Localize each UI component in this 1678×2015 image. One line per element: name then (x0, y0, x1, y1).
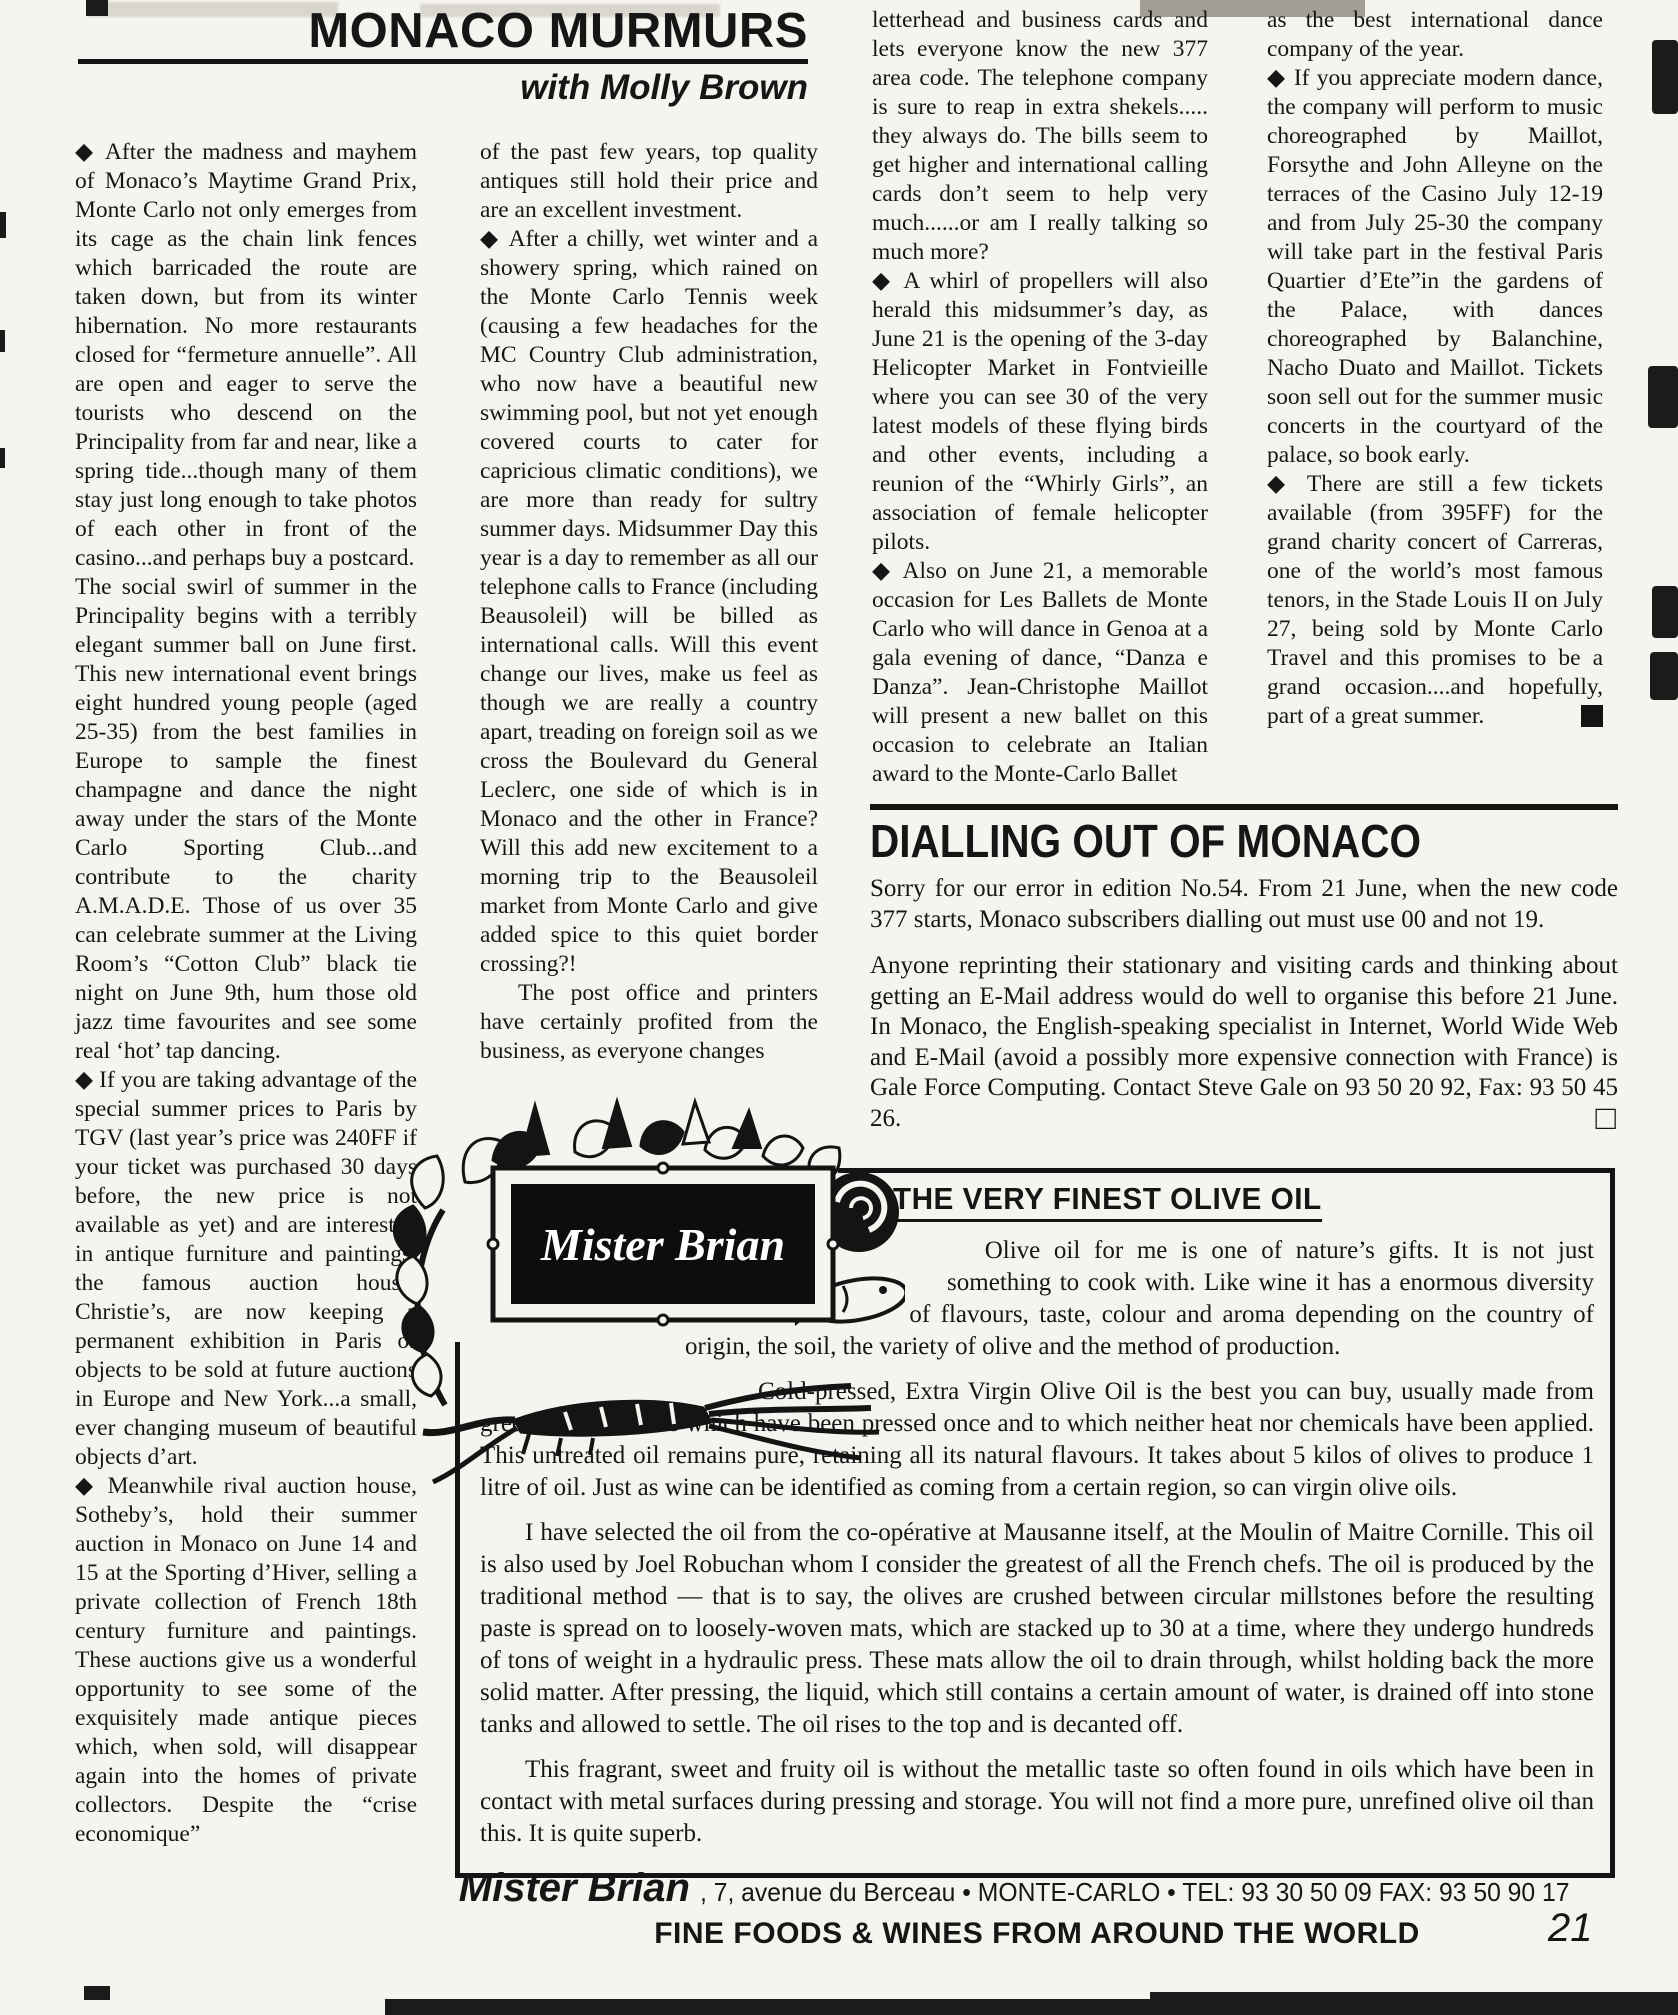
article-column-4: as the best international dance company … (1267, 6, 1603, 731)
olive-ad-contact-line: Mister Brian , 7, avenue du Berceau • MO… (480, 1866, 1594, 1911)
scan-artifact (84, 1986, 110, 2000)
end-mark-filled-square (1581, 705, 1603, 727)
olive-ad-tagline: FINE FOODS & WINES FROM AROUND THE WORLD (480, 1917, 1594, 1951)
section-rule (870, 804, 1618, 810)
crayfish-icon (423, 1386, 879, 1482)
col1-paragraph-4: ◆ Meanwhile rival auction house, Sotheby… (75, 1472, 417, 1849)
col2-paragraph-1: of the past few years, top quality antiq… (480, 138, 818, 225)
olive-ad-brand-name: Mister Brian (459, 1866, 690, 1911)
col4-paragraph-3: ◆ There are still a few tickets availabl… (1267, 470, 1603, 731)
col2-paragraph-2: ◆ After a chilly, wet winter and a showe… (480, 225, 818, 979)
page-title: MONACO MURMURS (78, 4, 808, 58)
scan-artifact (1648, 366, 1678, 428)
col1-paragraph-2: The social swirl of summer in the Princi… (75, 573, 417, 1066)
magazine-page: MONACO MURMURS with Molly Brown ◆ After … (0, 0, 1678, 2015)
sign-board-text: Mister Brian (540, 1219, 785, 1270)
masthead-byline: with Molly Brown (78, 68, 808, 108)
scan-artifact (1150, 1992, 1678, 2015)
dialling-paragraph-2: Anyone reprinting their stationary and v… (870, 951, 1618, 1134)
scan-artifact (1652, 586, 1678, 638)
page-number: 21 (1548, 1906, 1593, 1951)
masthead: MONACO MURMURS with Molly Brown (78, 4, 808, 108)
sign-board: Mister Brian (488, 1163, 838, 1325)
col1-paragraph-1: ◆ After the madness and mayhem of Monaco… (75, 138, 417, 573)
dialling-title: DIALLING OUT OF MONACO (870, 816, 1528, 866)
masthead-rule (78, 59, 808, 64)
olive-ad-title: THE VERY FINEST OLIVE OIL (893, 1181, 1322, 1222)
olive-ad-paragraph-4: This fragrant, sweet and fruity oil is w… (480, 1754, 1594, 1850)
article-column-3: letterhead and business cards and lets e… (872, 6, 1208, 789)
col3-paragraph-3: ◆ Also on June 21, a memorable occasion … (872, 557, 1208, 789)
scan-artifact (0, 212, 6, 238)
end-mark-open-square: □ (1595, 1106, 1616, 1132)
dialling-section: DIALLING OUT OF MONACO Sorry for our err… (870, 804, 1618, 1134)
scan-artifact (0, 448, 5, 468)
col4-paragraph-1: as the best international dance company … (1267, 6, 1603, 64)
scan-artifact (0, 330, 5, 352)
article-column-1: ◆ After the madness and mayhem of Monaco… (75, 138, 417, 1849)
col3-paragraph-2: ◆ A whirl of propellers will also herald… (872, 267, 1208, 557)
dialling-paragraph-1: Sorry for our error in edition No.54. Fr… (870, 874, 1618, 935)
olive-ad-paragraph-3: I have selected the oil from the co-opér… (480, 1517, 1594, 1741)
scan-artifact (1652, 40, 1678, 114)
mister-brian-logo-illustration: Mister Brian (365, 1090, 905, 1490)
scan-artifact (1650, 652, 1678, 700)
col2-paragraph-3: The post office and printers have certai… (480, 979, 818, 1066)
article-column-2: of the past few years, top quality antiq… (480, 138, 818, 1066)
col4-paragraph-2: ◆ If you appreciate modern dance, the co… (1267, 64, 1603, 470)
olive-ad-address-phone: , 7, avenue du Berceau • MONTE-CARLO • T… (700, 1877, 1569, 1908)
col3-paragraph-1: letterhead and business cards and lets e… (872, 6, 1208, 267)
